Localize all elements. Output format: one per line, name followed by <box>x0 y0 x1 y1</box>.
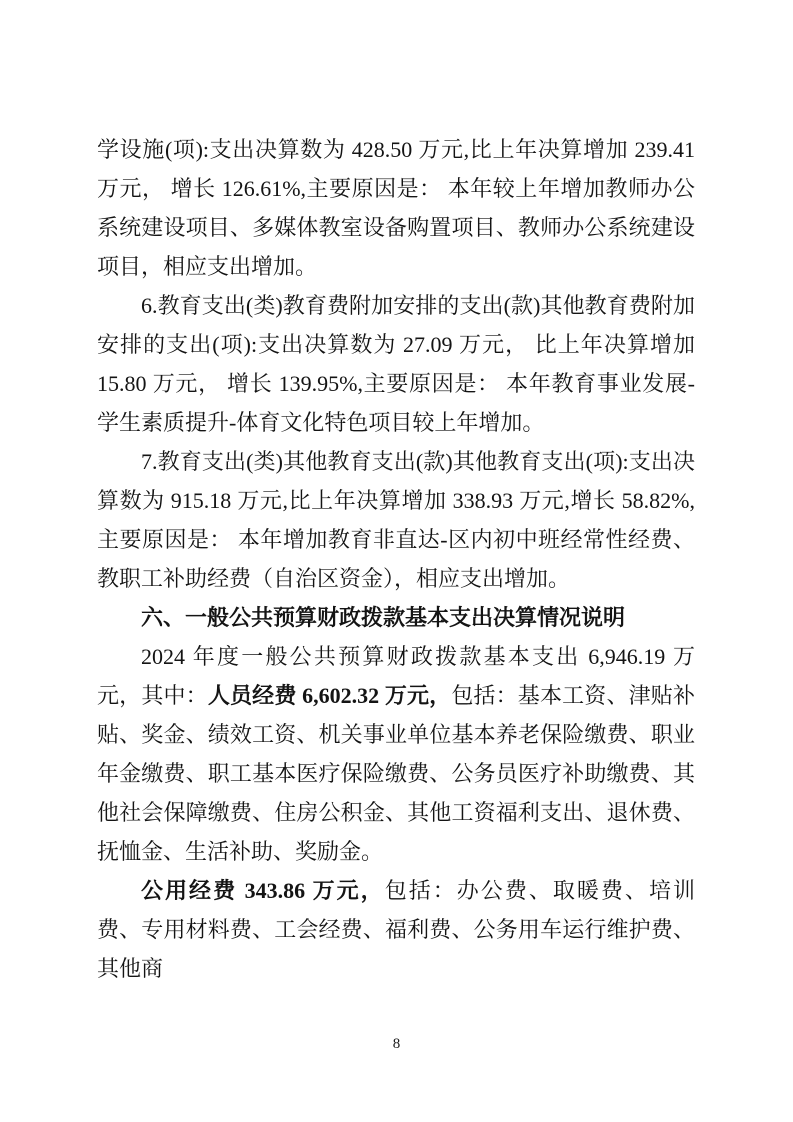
paragraph: 6.教育支出(类)教育费附加安排的支出(款)其他教育费附加安排的支出(项):支出… <box>97 286 695 442</box>
paragraph: 学设施(项):支出决算数为 428.50 万元,比上年决算增加 239.41 万… <box>97 130 695 286</box>
text-run: 学设施(项):支出决算数为 428.50 万元,比上年决算增加 239.41 万… <box>97 137 695 279</box>
bold-text-run: 六、一般公共预算财政拨款基本支出决算情况说明 <box>141 605 625 630</box>
paragraph: 7.教育支出(类)其他教育支出(款)其他教育支出(项):支出决算数为 915.1… <box>97 442 695 598</box>
text-run: 7.教育支出(类)其他教育支出(款)其他教育支出(项):支出决算数为 915.1… <box>97 449 695 591</box>
document-page: 学设施(项):支出决算数为 428.50 万元,比上年决算增加 239.41 万… <box>0 0 793 1122</box>
section-heading: 六、一般公共预算财政拨款基本支出决算情况说明 <box>97 598 695 637</box>
text-run: 6.教育支出(类)教育费附加安排的支出(款)其他教育费附加安排的支出(项):支出… <box>97 293 695 435</box>
text-run: 包括：基本工资、津贴补贴、奖金、绩效工资、机关事业单位基本养老保险缴费、职业年金… <box>97 683 695 864</box>
bold-text-run: 公用经费 343.86 万元， <box>141 878 385 903</box>
paragraph: 公用经费 343.86 万元，包括：办公费、取暖费、培训费、专用材料费、工会经费… <box>97 871 695 988</box>
document-body: 学设施(项):支出决算数为 428.50 万元,比上年决算增加 239.41 万… <box>97 130 695 988</box>
paragraph: 2024 年度一般公共预算财政拨款基本支出 6,946.19 万元，其中：人员经… <box>97 637 695 871</box>
page-number: 8 <box>0 1034 793 1054</box>
bold-text-run: 人员经费 6,602.32 万元， <box>208 683 451 708</box>
